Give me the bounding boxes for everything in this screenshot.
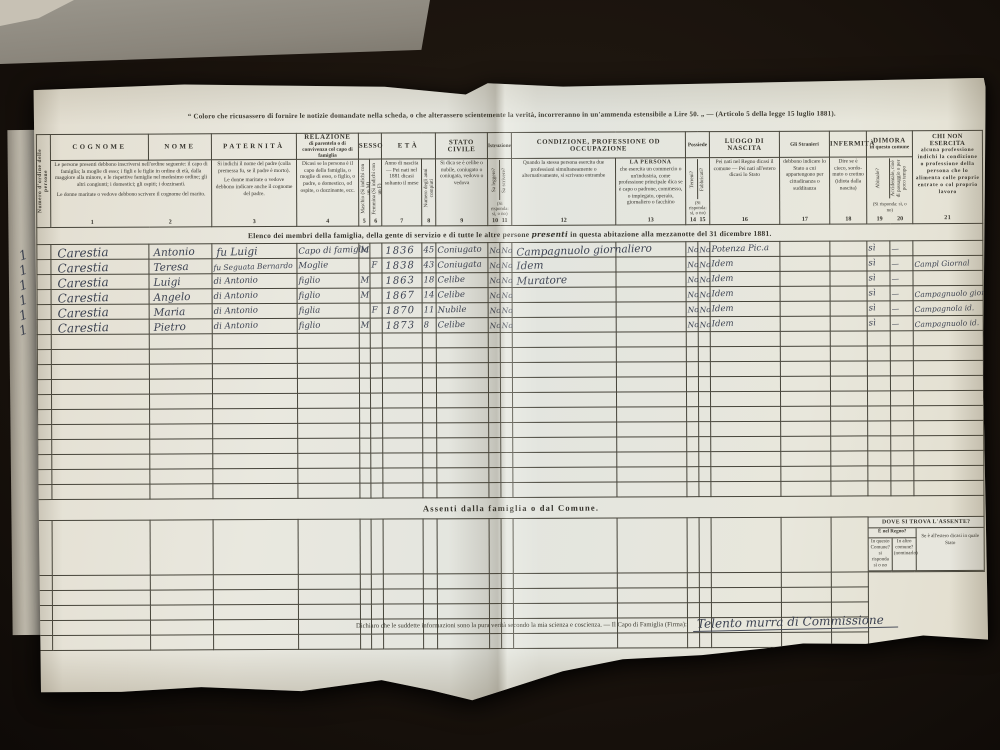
- empty-cell: [437, 574, 489, 589]
- empty-cell: [423, 589, 437, 604]
- empty-cell: [298, 604, 360, 619]
- cell-cognome: Carestia: [51, 319, 149, 334]
- cell-persona13: [616, 272, 686, 287]
- empty-cell: [890, 331, 913, 346]
- empty-cell: [437, 589, 489, 604]
- cell-infermita: [830, 271, 867, 286]
- empty-cell: [422, 363, 436, 378]
- empty-cell: [150, 469, 213, 484]
- empty-cell: [213, 590, 298, 605]
- empty-cell: [51, 349, 149, 364]
- cell-stranieri: [780, 256, 830, 271]
- empty-cell: [297, 333, 359, 348]
- empty-cell: [831, 391, 868, 406]
- empty-cell: [371, 393, 383, 408]
- col-cognome-title: COGNOME: [50, 134, 148, 161]
- cell-stato-civile: Nubile: [436, 303, 488, 318]
- scanned-census-document: “ Coloro che ricusassero di fornire le n…: [0, 0, 1000, 750]
- col-istruzione-title: Istruzione: [487, 132, 511, 158]
- cell-abituale: sì: [867, 241, 890, 256]
- empty-cell: [489, 483, 501, 498]
- empty-cell: [831, 421, 868, 436]
- empty-cell: [423, 519, 437, 574]
- empty-cell: [298, 423, 360, 438]
- empty-cell: [513, 518, 617, 573]
- empty-cell: [781, 436, 831, 451]
- cell-chi: Campl Giornal: [913, 256, 983, 271]
- empty-cell: [501, 574, 513, 589]
- empty-cell: [782, 632, 832, 647]
- empty-cell: [914, 406, 984, 421]
- penalty-note: “ Coloro che ricusassero di fornire le n…: [62, 109, 962, 121]
- empty-cell: [383, 483, 423, 498]
- empty-cell: [149, 349, 212, 364]
- empty-cell: [699, 467, 711, 482]
- empty-cell: [298, 574, 360, 589]
- empty-cell: [687, 573, 699, 588]
- empty-cell: [51, 379, 149, 394]
- empty-cell: [699, 588, 711, 603]
- empty-cell: [618, 633, 688, 648]
- empty-cell: [686, 377, 698, 392]
- cell-anno: 1838: [382, 258, 422, 273]
- empty-cell: [781, 481, 831, 496]
- empty-cell: [383, 574, 423, 589]
- empty-cell: [891, 481, 914, 496]
- empty-cell: [371, 589, 383, 604]
- empty-cell: [371, 453, 383, 468]
- cell-relazione: figlio: [297, 273, 359, 288]
- desc-anni-compiuti: Numero degli anni compiuti 8: [422, 159, 436, 226]
- cell-nascita: Idem: [710, 257, 780, 272]
- empty-cell: [382, 348, 422, 363]
- absent-location-box: DOVE SI TROVA L'ASSENTE? È nel Regno? Se…: [869, 517, 984, 572]
- cell-nascita: Idem: [710, 287, 780, 302]
- cell-abituale: sì: [867, 271, 890, 286]
- desc-stranieri: debbono indicare lo Stato a cui apparten…: [780, 157, 830, 224]
- empty-cell: [150, 439, 213, 454]
- empty-cell: [213, 620, 298, 635]
- empty-cell: [514, 633, 618, 648]
- cell-fabbricati: No: [698, 257, 710, 272]
- cell-leggere: No: [488, 273, 500, 288]
- empty-cell: [437, 438, 489, 453]
- empty-cell: [489, 438, 501, 453]
- empty-cell: [359, 348, 370, 363]
- empty-cell: [383, 408, 423, 423]
- empty-cell: [513, 407, 617, 422]
- empty-cell: [501, 453, 513, 468]
- empty-cell: [501, 408, 513, 423]
- cell-sesso-m: [359, 258, 370, 273]
- empty-cell: [52, 575, 150, 590]
- cell-infermita: [830, 256, 867, 271]
- empty-cell: [868, 451, 891, 466]
- cell-nascita: Idem: [710, 272, 780, 287]
- empty-cell: [298, 483, 360, 498]
- empty-cell: [830, 331, 867, 346]
- cell-anni: 45: [422, 243, 436, 258]
- empty-rows-section: [37, 331, 984, 500]
- cell-scrivere: No: [500, 288, 512, 303]
- empty-cell: [513, 437, 617, 452]
- empty-cell: [712, 633, 782, 648]
- cell-infermita: [830, 301, 867, 316]
- empty-cell: [913, 346, 983, 361]
- empty-cell: [52, 409, 150, 424]
- empty-cell: [699, 482, 711, 497]
- empty-cell: [513, 588, 617, 603]
- empty-cell: [891, 376, 914, 391]
- empty-cell: [616, 377, 686, 392]
- empty-cell: [513, 392, 617, 407]
- empty-cell: [37, 365, 51, 380]
- empty-cell: [687, 437, 699, 452]
- empty-cell: [436, 363, 488, 378]
- cell-chi: Campagnuolo gior.: [913, 286, 983, 301]
- empty-cell: [372, 634, 384, 649]
- desc-dimora: Abituale?Accidentale, cioè di passaggio …: [867, 157, 913, 224]
- absent-box-estero: Se è all'estero dicasi in quale Stato: [917, 528, 984, 570]
- desc-infermita: Dire se è cieco, sordo-muto o cretino (i…: [830, 157, 867, 224]
- cell-chi: Campagnuolo id.: [913, 316, 983, 331]
- empty-cell: [423, 408, 437, 423]
- cell-scrivere: No: [500, 273, 512, 288]
- empty-cell: [360, 423, 371, 438]
- empty-cell: [617, 588, 687, 603]
- empty-cell: [781, 406, 831, 421]
- empty-cell: [37, 380, 51, 395]
- empty-cell: [52, 469, 150, 484]
- cell-terreni: No: [686, 317, 698, 332]
- empty-cell: [298, 438, 360, 453]
- empty-cell: [867, 346, 890, 361]
- cell-fabbricati: No: [698, 272, 710, 287]
- cell-stato-civile: Celibe: [436, 273, 488, 288]
- empty-cell: [38, 591, 52, 606]
- col-nome-title: NOME: [148, 134, 211, 161]
- empty-cell: [890, 346, 913, 361]
- empty-cell: [617, 437, 687, 452]
- cell-tally: [37, 275, 51, 290]
- cell-terreni: No: [686, 242, 698, 257]
- cell-cognome: Carestia: [51, 289, 149, 304]
- cell-sesso-f: F: [370, 258, 382, 273]
- empty-cell: [868, 481, 891, 496]
- cell-scrivere: No: [500, 258, 512, 273]
- empty-cell: [831, 451, 868, 466]
- empty-cell: [38, 395, 52, 410]
- census-table: Numero d'ordine delle persone COGNOME NO…: [36, 130, 985, 651]
- empty-cell: [711, 518, 781, 573]
- cell-abituale: sì: [867, 301, 890, 316]
- empty-cell: [513, 422, 617, 437]
- empty-cell: [212, 349, 297, 364]
- empty-cell: [868, 466, 891, 481]
- absent-box-in-questo: In questo Comune? si risponda sì o no: [869, 539, 893, 571]
- empty-cell: [37, 350, 51, 365]
- assenti-row: DOVE SI TROVA L'ASSENTE? È nel Regno? Se…: [38, 517, 984, 576]
- empty-cell: [711, 588, 781, 603]
- empty-cell: [699, 437, 711, 452]
- empty-cell: [617, 482, 687, 497]
- cell-accidentale: —: [890, 316, 913, 331]
- cell-accidentale: —: [890, 286, 913, 301]
- empty-cell: [501, 589, 513, 604]
- cell-stranieri: [780, 301, 830, 316]
- empty-cell: [299, 634, 361, 649]
- col-dimora-title: DIMORAin questo comune: [866, 131, 912, 157]
- empty-cell: [383, 589, 423, 604]
- empty-cell: [711, 422, 781, 437]
- empty-cell: [699, 452, 711, 467]
- empty-cell: [370, 378, 382, 393]
- cell-anni: 11: [422, 303, 436, 318]
- cell-relazione: figlia: [297, 303, 359, 318]
- empty-cell: [150, 620, 213, 635]
- col-paternita-title: PATERNITÀ: [211, 133, 296, 160]
- empty-cell: [781, 466, 831, 481]
- empty-cell: [383, 468, 423, 483]
- cell-sesso-f: [370, 288, 382, 303]
- empty-cell: [150, 605, 213, 620]
- empty-cell: [360, 438, 371, 453]
- cell-terreni: No: [686, 287, 698, 302]
- cell-paternita: di Antonio: [212, 304, 297, 319]
- empty-cell: [513, 482, 617, 497]
- cell-nome: Angelo: [149, 289, 212, 304]
- cell-stranieri: [780, 241, 830, 256]
- empty-cell: [360, 393, 371, 408]
- empty-cell: [488, 378, 500, 393]
- cell-paternita: fu Luigi: [212, 244, 297, 259]
- empty-cell: [213, 454, 298, 469]
- cell-cognome: Carestia: [51, 259, 149, 274]
- cell-leggere: No: [488, 303, 500, 318]
- empty-cell: [213, 394, 298, 409]
- empty-cell: [711, 377, 781, 392]
- empty-cell: [213, 469, 298, 484]
- empty-cell: [436, 378, 488, 393]
- cell-sesso-f: F: [370, 303, 382, 318]
- empty-cell: [781, 451, 831, 466]
- cell-leggere: No: [488, 243, 500, 258]
- empty-cell: [686, 362, 698, 377]
- empty-cell: [488, 363, 500, 378]
- empty-cell: [914, 481, 984, 496]
- empty-cell: [489, 408, 501, 423]
- empty-cell: [868, 376, 891, 391]
- empty-cell: [711, 407, 781, 422]
- empty-cell: [831, 517, 868, 572]
- cell-stranieri: [780, 316, 830, 331]
- cell-relazione: figlio: [297, 318, 359, 333]
- empty-cell: [831, 481, 868, 496]
- empty-cell: [699, 573, 711, 588]
- empty-cell: [914, 466, 984, 481]
- empty-cell: [212, 379, 297, 394]
- desc-possiede: Terreni?Fabbricati? (Si risponda: sì, o …: [686, 158, 710, 225]
- empty-cell: [38, 576, 52, 591]
- empty-cell: [830, 361, 867, 376]
- cell-fabbricati: No: [698, 287, 710, 302]
- cell-sesso-f: [370, 243, 382, 258]
- empty-cell: [501, 483, 513, 498]
- cell-abituale: sì: [867, 286, 890, 301]
- empty-cell: [371, 408, 383, 423]
- empty-cell: [371, 468, 383, 483]
- cell-cognome: Carestia: [51, 304, 149, 319]
- empty-cell: [150, 575, 213, 590]
- family-members-rows: Carestia Antonio fu Luigi Capo di famigl…: [37, 241, 983, 335]
- col-infermita-title: INFERMITÀ: [829, 131, 866, 157]
- empty-cell: [52, 439, 150, 454]
- col-row-number: Numero d'ordine delle persone: [36, 135, 50, 228]
- cell-tally: [37, 245, 51, 260]
- cell-anno: 1870: [382, 303, 422, 318]
- absent-location-box-cell: DOVE SI TROVA L'ASSENTE? È nel Regno? Se…: [868, 517, 984, 573]
- cell-relazione: figlio: [297, 288, 359, 303]
- desc-cognome-nome: Le persone presenti debbono inscriversi …: [50, 160, 211, 228]
- cell-professione: Idem: [512, 257, 616, 272]
- cell-sesso-m: M: [359, 243, 370, 258]
- empty-cell: [382, 333, 422, 348]
- cell-chi: [913, 271, 983, 286]
- empty-cell: [699, 518, 711, 573]
- empty-cell: [360, 483, 371, 498]
- empty-cell: [38, 470, 52, 485]
- desc-luogo-nascita: Pei nati nel Regno dicasi il comune — Pe…: [710, 158, 780, 225]
- empty-cell: [699, 407, 711, 422]
- empty-cell: [914, 376, 984, 391]
- empty-cell: [371, 423, 383, 438]
- cell-fabbricati: No: [698, 317, 710, 332]
- empty-cell: [891, 391, 914, 406]
- col-sesso-title: SESSO: [358, 133, 381, 159]
- cell-persona13: [616, 302, 686, 317]
- empty-cell: [52, 424, 150, 439]
- col-possiede-title: Possiede: [685, 132, 709, 158]
- cell-leggere: No: [488, 288, 500, 303]
- cell-terreni: No: [686, 302, 698, 317]
- empty-cell: [360, 408, 371, 423]
- cell-tally: [37, 320, 51, 335]
- cell-terreni: No: [686, 272, 698, 287]
- empty-cell: [711, 467, 781, 482]
- empty-cell: [384, 634, 424, 649]
- empty-cell: [780, 361, 830, 376]
- empty-cell: [423, 483, 437, 498]
- empty-cell: [437, 393, 489, 408]
- empty-cell: [371, 574, 383, 589]
- empty-cell: [512, 377, 616, 392]
- empty-cell: [437, 453, 489, 468]
- empty-cell: [780, 346, 830, 361]
- cell-scrivere: No: [500, 243, 512, 258]
- empty-cell: [501, 519, 513, 574]
- cell-leggere: No: [488, 318, 500, 333]
- empty-cell: [501, 438, 513, 453]
- cell-persona13: [616, 317, 686, 332]
- head-of-family-signature: Telento murra di Commissione: [692, 613, 897, 632]
- cell-sesso-m: M: [359, 288, 370, 303]
- empty-cell: [360, 574, 371, 589]
- paper-wrapper: “ Coloro che ricusassero di fornire le n…: [0, 0, 1000, 750]
- empty-cell: [686, 332, 698, 347]
- empty-cell: [438, 634, 490, 649]
- empty-cell: [150, 424, 213, 439]
- empty-cell: [298, 468, 360, 483]
- empty-cell: [501, 393, 513, 408]
- assenti-section: Assenti dalla famiglia o dal Comune.: [38, 496, 984, 576]
- empty-cell: [38, 621, 52, 636]
- cell-sesso-m: [359, 303, 370, 318]
- empty-cell: [38, 606, 52, 621]
- cell-stato-civile: Celibe: [436, 288, 488, 303]
- empty-cell: [711, 437, 781, 452]
- cell-sesso-m: M: [359, 318, 370, 333]
- empty-cell: [502, 634, 514, 649]
- empty-cell: [423, 468, 437, 483]
- empty-cell: [436, 333, 488, 348]
- empty-cell: [297, 363, 359, 378]
- empty-cell: [513, 573, 617, 588]
- empty-cell: [891, 466, 914, 481]
- empty-cell: [831, 587, 868, 602]
- empty-cell: [437, 423, 489, 438]
- empty-cell: [298, 393, 360, 408]
- empty-cell: [360, 453, 371, 468]
- cell-stato-civile: Coniugato: [436, 243, 488, 258]
- cell-professione: [512, 317, 616, 332]
- empty-cell: [686, 347, 698, 362]
- desc-sesso-f: Femmina (Si indichi con un F) 6: [369, 159, 381, 226]
- empty-cell: [149, 379, 212, 394]
- cell-tally: [37, 290, 51, 305]
- empty-cell: [52, 454, 150, 469]
- table-header: Numero d'ordine delle persone COGNOME NO…: [36, 130, 982, 227]
- cell-anni: 8: [422, 318, 436, 333]
- empty-cell: [150, 409, 213, 424]
- empty-cell: [711, 482, 781, 497]
- empty-cell: [868, 391, 891, 406]
- cell-anno: 1867: [382, 288, 422, 303]
- empty-cell: [711, 392, 781, 407]
- empty-cell: [501, 423, 513, 438]
- empty-cell: [913, 361, 983, 376]
- cell-paternita: di Antonio: [212, 289, 297, 304]
- desc-relazione: Dicasi se la persona è il capo della fam…: [296, 159, 358, 226]
- empty-cell: [501, 468, 513, 483]
- empty-cell: [781, 421, 831, 436]
- empty-cell: [500, 333, 512, 348]
- empty-cell: [437, 468, 489, 483]
- empty-cell: [37, 335, 51, 350]
- empty-cell: [213, 484, 298, 499]
- empty-cell: [298, 619, 360, 634]
- empty-cell: [831, 376, 868, 391]
- empty-cell: [422, 333, 436, 348]
- empty-row: [39, 632, 985, 651]
- col-stranieri-title: Gli Stranieri: [779, 131, 829, 157]
- col-eta-title: ETÀ: [381, 133, 435, 159]
- empty-cell: [780, 331, 830, 346]
- empty-cell: [616, 362, 686, 377]
- empty-cell: [371, 519, 383, 574]
- empty-cell: [423, 574, 437, 589]
- empty-cell: [616, 332, 686, 347]
- cell-accidentale: —: [890, 301, 913, 316]
